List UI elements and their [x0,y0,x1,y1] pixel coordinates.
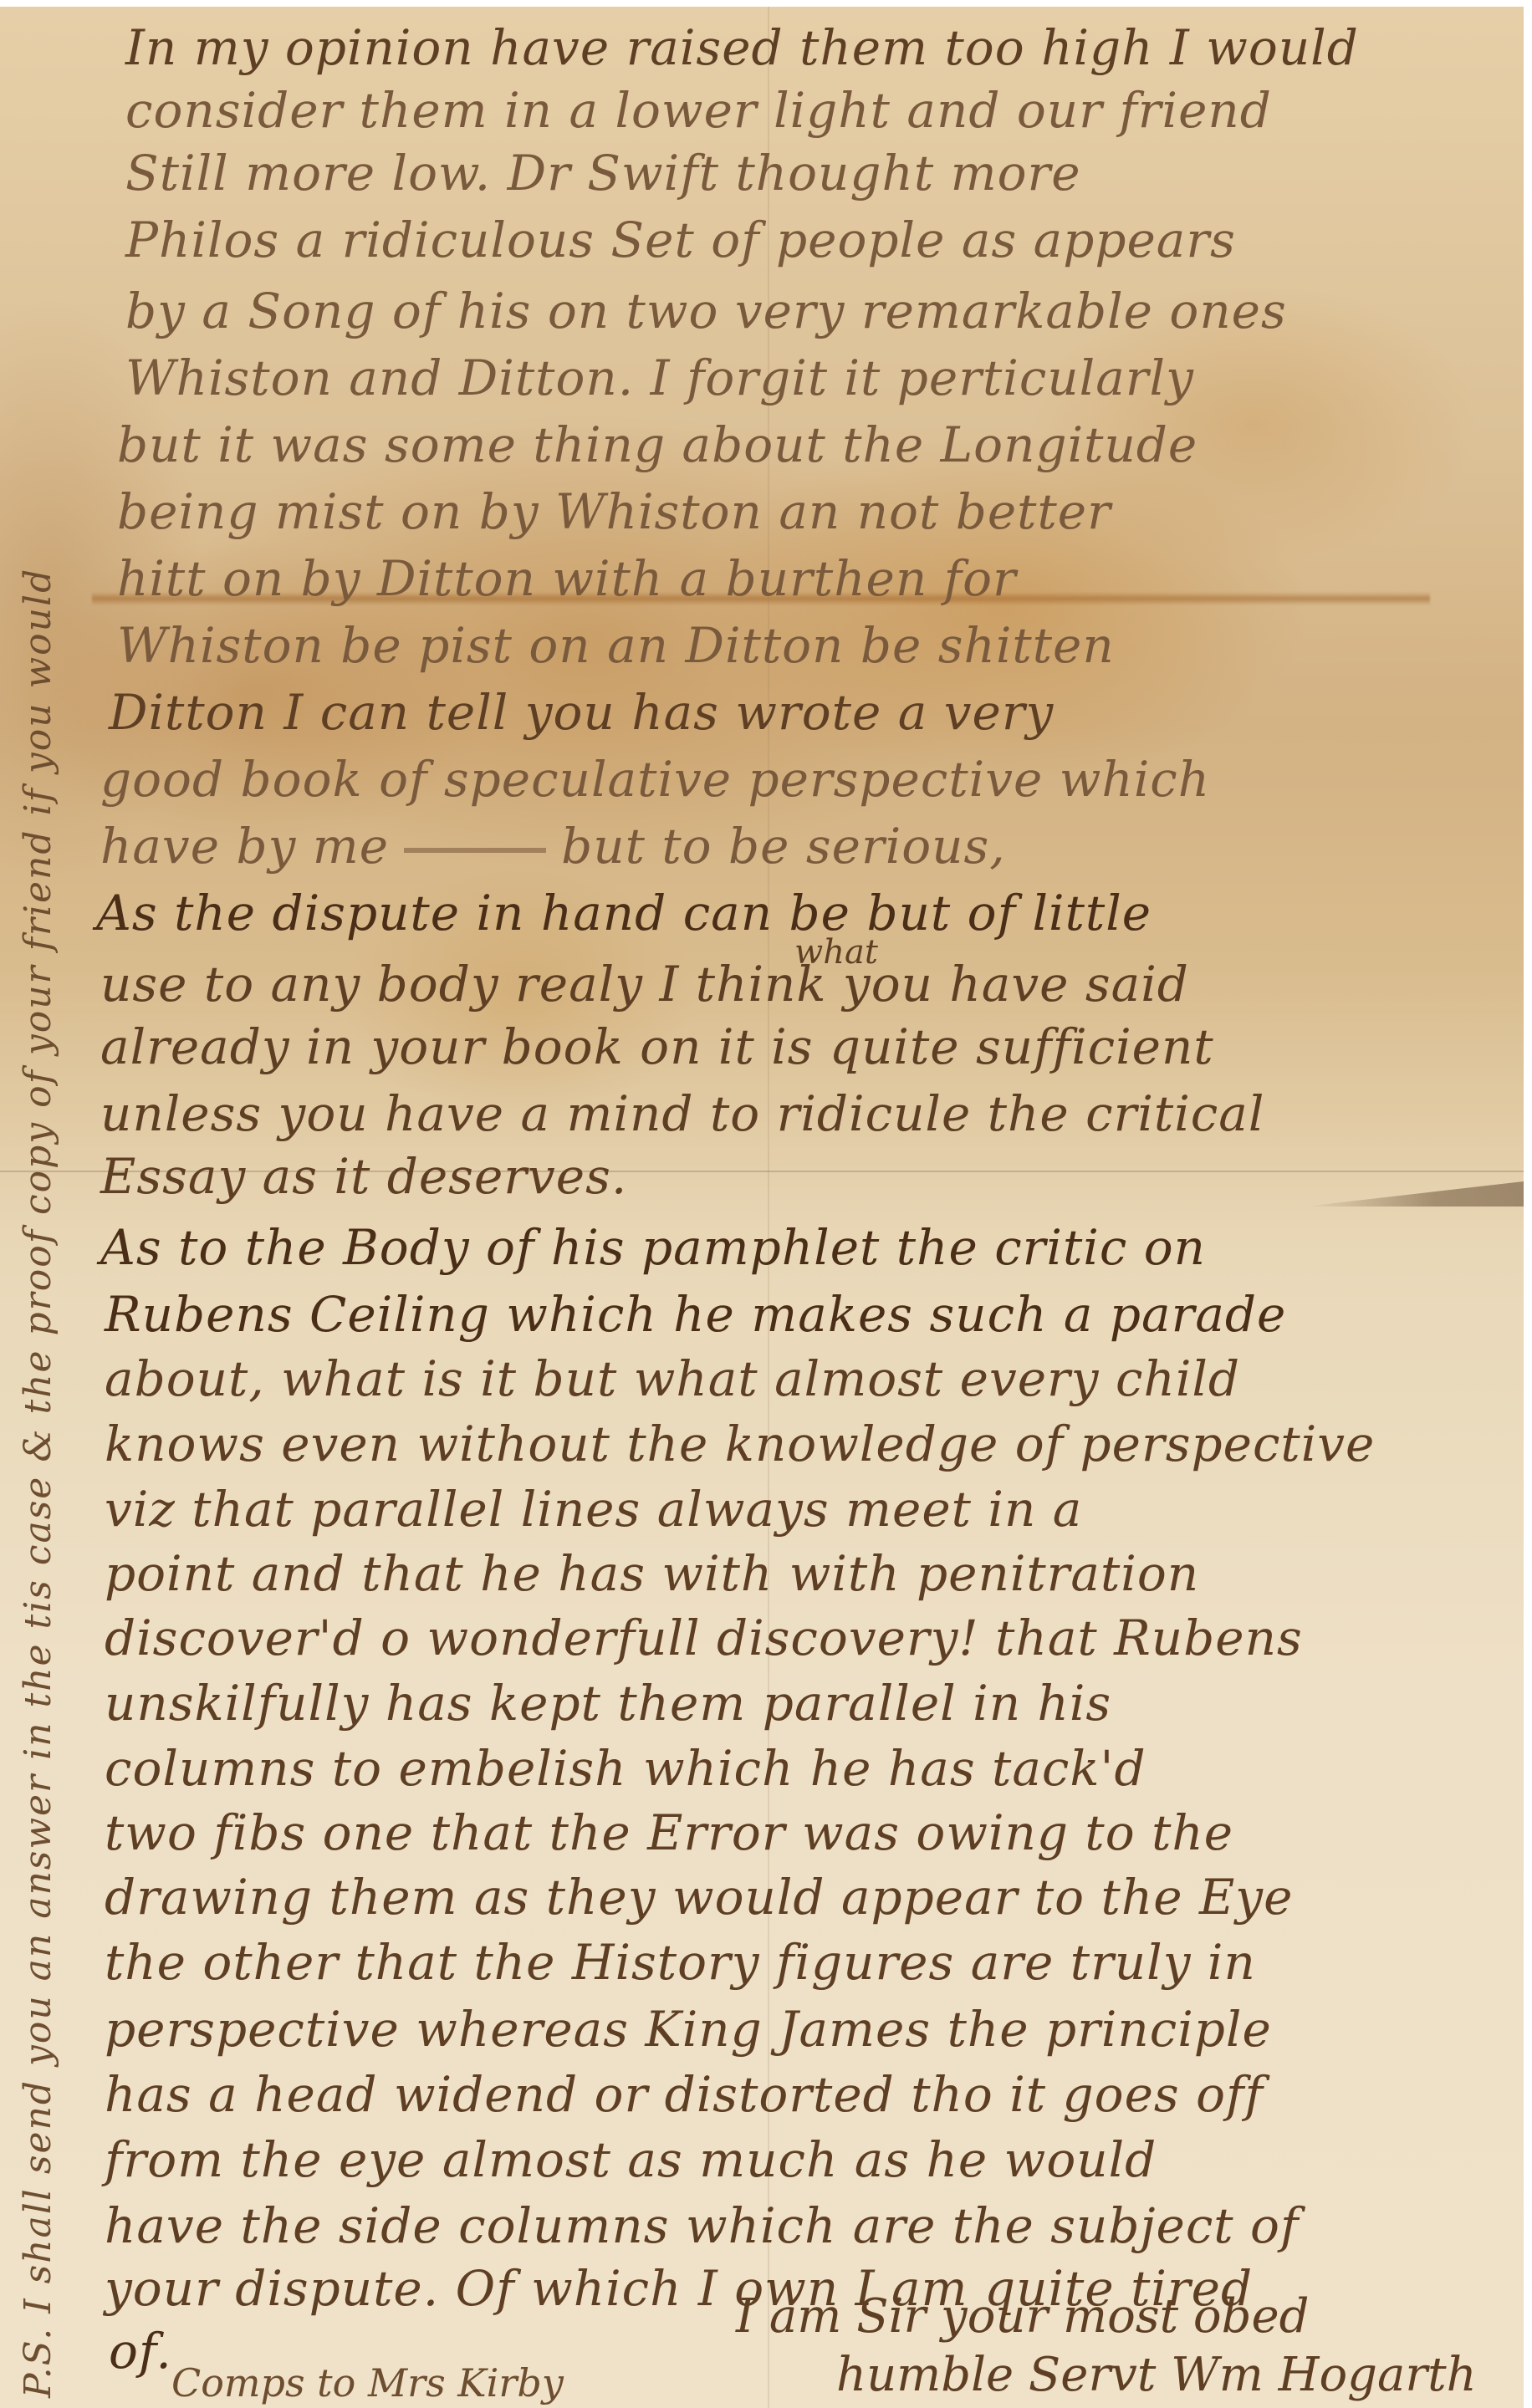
margin-postscript: P.S. I shall send you an answer in the t… [17,568,59,2398]
letter-line: drawing them as they would appear to the… [105,1873,1293,1921]
letter-line: Ditton I can tell you has wrote a very [109,688,1054,737]
letter-line: Whiston be pist on an Ditton be shitten [117,621,1115,670]
ink-smear [1305,1181,1524,1207]
letter-line: hitt on by Ditton with a burthen for [117,554,1017,603]
closing-salutation: I am Sir your most obed [736,2289,1309,2344]
letter-line: Essay as it deserves. [100,1152,627,1201]
letter-line: As to the Body of his pamphlet the criti… [100,1223,1206,1272]
letter-line: columns to embelish which he has tack'd [105,1744,1146,1793]
letter-line: Whiston and Ditton. I forgit it perticul… [125,354,1194,402]
letter-line: about, what is it but what almost every … [105,1354,1240,1403]
letter-line: Still more low. Dr Swift thought more [125,149,1081,197]
letter-line: being mist on by Whiston an not better [117,487,1111,536]
letter-line: already in your book on it is quite suff… [100,1023,1214,1071]
letter-line: unskilfully has kept them parallel in hi… [105,1679,1111,1727]
letter-line: good book of speculative perspective whi… [100,755,1210,804]
dash-stroke [404,848,546,853]
letter-line: viz that parallel lines always meet in a [105,1485,1082,1533]
letter-line: Philos a ridiculous Set of people as app… [125,216,1236,264]
letter-line: by a Song of his on two very remarkable … [125,287,1287,335]
letter-line: of. [109,2327,172,2375]
letter-line: use to any body realy I think you have s… [100,960,1189,1008]
letter-line: have the side columns which are the subj… [105,2201,1299,2250]
letter-line: In my opinion have raised them too high … [125,23,1359,72]
letter-line: perspective whereas King James the princ… [105,2005,1272,2053]
letter-line-text: have by me [100,818,389,875]
letter-line: has a head widend or distorted tho it go… [105,2070,1264,2119]
letter-line: two fibs one that the Error was owing to… [105,1809,1233,1857]
letter-line: but it was some thing about the Longitud… [117,421,1198,469]
letter-line: consider them in a lower light and our f… [125,86,1272,135]
letter-line: discover'd o wonderfull discovery! that … [105,1614,1303,1662]
letter-line: knows even without the knowledge of pers… [105,1420,1375,1468]
letter-line-with-dash: have by mebut to be serious, [100,822,1006,870]
signature: humble Servt Wm Hogarth [836,2348,1477,2402]
letter-line: Rubens Ceiling which he makes such a par… [105,1290,1286,1339]
compliments-note: Comps to Mrs Kirby [171,2360,564,2405]
letter-line: the other that the History figures are t… [105,1938,1256,1987]
letter-line: from the eye almost as much as he would [105,2135,1157,2184]
letter-line: point and that he has with with penitrat… [105,1549,1199,1598]
letter-line-text: but to be serious, [561,818,1006,875]
letter-line: unless you have a mind to ridicule the c… [100,1089,1264,1138]
letter-line: As the dispute in hand can be but of lit… [96,889,1152,937]
letter-sheet: P.S. I shall send you an answer in the t… [0,7,1524,2408]
